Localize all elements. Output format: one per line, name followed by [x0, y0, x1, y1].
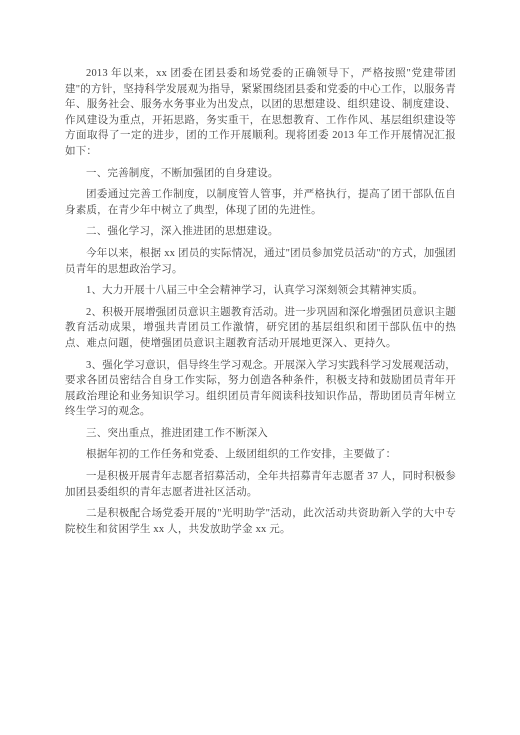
paragraph: 今年以来，根据 xx 团员的实际情况，通过"团员参加党员活动"的方式，加强团员青…: [65, 246, 456, 277]
list-item-1: 1、大力开展十八届三中全会精神学习，认真学习深刻领会其精神实质。: [65, 283, 456, 299]
paragraph: 二是积极配合场党委开展的"光明助学"活动，此次活动共资助新入学的大中专院校生和贫…: [65, 506, 456, 537]
list-item-2: 2、积极开展增强团员意识主题教育活动。进一步巩固和深化增强团员意识主题教育活动成…: [65, 305, 456, 352]
section-heading-2: 二、强化学习，深入推进团的思想建设。: [65, 224, 456, 240]
paragraph: 一是积极开展青年志愿者招募活动，全年共招募青年志愿者 37 人，同时积极参加团县…: [65, 469, 456, 500]
section-heading-3: 三、突出重点，推进团建工作不断深入: [65, 426, 456, 442]
paragraph: 团委通过完善工作制度，以制度管人管事，并严格执行，提高了团干部队伍自身素质，在青…: [65, 187, 456, 218]
paragraph: 根据年初的工作任务和党委、上级团组织的工作安排，主要做了：: [65, 447, 456, 463]
section-heading-1: 一、完善制度，不断加强团的自身建设。: [65, 166, 456, 182]
list-item-3: 3、强化学习意识，倡导终生学习观念。开展深入学习实践科学习发展观活动，要求各团员…: [65, 358, 456, 420]
paragraph-intro: 2013 年以来，xx 团委在团县委和场党委的正确领导下，严格按照"党建带团建"…: [65, 66, 456, 160]
document-page: 2013 年以来，xx 团委在团县委和场党委的正确领导下，严格按照"党建带团建"…: [0, 0, 520, 735]
